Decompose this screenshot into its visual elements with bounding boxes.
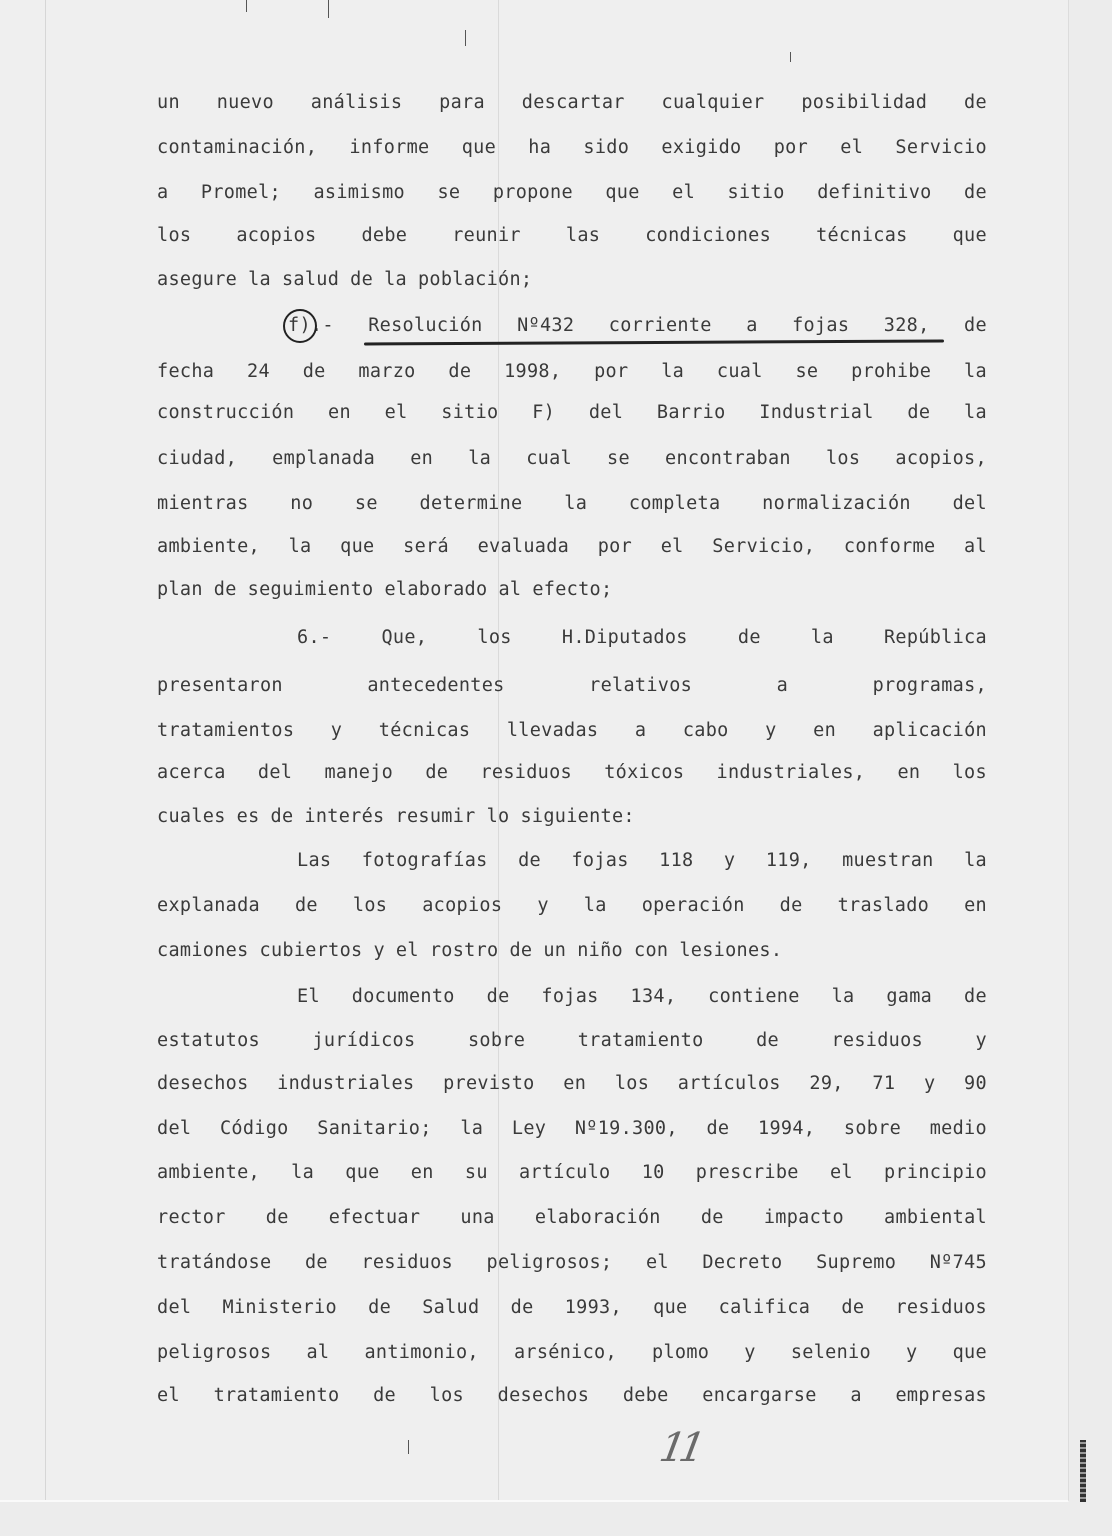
word: interés [304,803,384,831]
word: que [340,533,374,561]
word: exigido [661,134,741,162]
word: plan [157,576,203,604]
word: califica [719,1294,811,1322]
word: de [511,1294,534,1322]
word: los [826,445,860,473]
text-line: unnuevoanálisisparadescartarcualquierpos… [157,89,987,117]
handwritten-underline-annotation [364,339,944,345]
word: su [465,1159,488,1187]
word: cualquier [662,89,765,117]
word: determine [420,490,523,518]
word: conforme [844,533,936,561]
word: llevadas [507,717,599,745]
word: 119, [766,847,812,875]
word: 328, [884,312,930,340]
word: reunir [452,222,521,250]
word: sitio [441,399,498,427]
word: artículos [678,1070,781,1098]
word: de [295,892,318,920]
word: tratándose [157,1249,271,1277]
word: acopios, [895,445,987,473]
word: antecedentes [367,672,504,700]
word: contiene [708,983,800,1011]
word: asimismo [313,179,405,207]
word: República [884,624,987,652]
word: ha [528,134,551,162]
word: encontraban [665,445,791,473]
word: propone [493,179,573,207]
word: población; [418,266,532,294]
word: sitio [728,179,785,207]
word: y [724,847,735,875]
word: fojas [571,847,628,875]
scan-fold-line [45,0,46,1500]
word: la [291,1159,314,1187]
word: en [964,892,987,920]
word: la [811,624,834,652]
text-line: ambiente,laqueseráevaluadaporelServicio,… [157,533,987,561]
word: 71 [872,1070,895,1098]
word: debe [361,222,407,250]
word: y [744,1339,755,1367]
word: la [248,266,271,294]
word: que [345,1159,379,1187]
text-line: estatutosjurídicossobretratamientoderesi… [157,1027,987,1055]
word: un [543,937,566,965]
word: impacto [764,1204,844,1232]
word: a [157,179,168,207]
word: operación [642,892,745,920]
word: peligrosos [157,1339,271,1367]
scan-speck [328,0,329,18]
word: Nº432 [517,312,574,340]
word: 90 [964,1070,987,1098]
word: análisis [311,89,403,117]
word: del [157,1115,191,1143]
word: y [906,1339,917,1367]
word: fojas [541,983,598,1011]
word: siguiente: [520,803,634,831]
word: presentaron [157,672,283,700]
word: programas, [873,672,987,700]
word: la [964,847,987,875]
word: las [566,222,600,250]
word: por [774,134,808,162]
word: Código [220,1115,289,1143]
word: emplanada [272,445,375,473]
text-line: construcciónenelsitioF)delBarrioIndustri… [157,399,987,427]
word: no [290,490,313,518]
text-line: desechosindustrialesprevistoenlosartícul… [157,1070,987,1098]
word: arsénico, [514,1339,617,1367]
word: 1998, [504,358,561,386]
word: residuos [831,1027,923,1055]
word: de [214,576,237,604]
word: Nº745 [930,1249,987,1277]
word: y [924,1070,935,1098]
word: en [897,759,920,787]
word: Salud [422,1294,479,1322]
word: que [605,179,639,207]
word: acopios [422,892,502,920]
word: desechos [498,1382,590,1410]
word: la [832,983,855,1011]
word: acopios [236,222,316,250]
word: Que, [381,624,427,652]
word: la [289,533,312,561]
word: efecto; [532,576,612,604]
text-line: losacopiosdebereunirlascondicionestécnic… [157,222,987,250]
text-line: tratamientosytécnicasllevadasacaboyenapl… [157,717,987,745]
word: efectuar [329,1204,421,1232]
word: Sanitario; [317,1115,431,1143]
word: sobre [844,1115,901,1143]
word: de [425,759,448,787]
word: y [537,892,548,920]
text-line: contaminación,informequehasidoexigidopor… [157,134,987,162]
word: por [594,358,628,386]
word: del [589,399,623,427]
word: al [964,533,987,561]
word: H.Diputados [562,624,688,652]
word: explanada [157,892,260,920]
word: El [297,983,320,1011]
word: de [448,358,471,386]
word: evaluada [478,533,570,561]
text-line: fecha24demarzode1998,porlacualseprohibel… [157,358,987,386]
word: 1993, [565,1294,622,1322]
word: los [953,759,987,787]
word: 134, [631,983,677,1011]
word: 1994, [758,1115,815,1143]
word: residuos [895,1294,987,1322]
word: Industrial [759,399,873,427]
word: documento [352,983,455,1011]
word: resumir [396,803,476,831]
word: marzo [358,358,415,386]
text-line: eltratamientodelosdesechosdebeencargarse… [157,1382,987,1410]
word: en [563,1070,586,1098]
word: de [518,847,541,875]
word: industriales [277,1070,414,1098]
word: técnicas [816,222,908,250]
word: ciudad, [157,445,237,473]
word: antimonio, [364,1339,478,1367]
word: la [384,266,407,294]
word: la [460,1115,483,1143]
word: de [841,1294,864,1322]
word: tóxicos [604,759,684,787]
word: del [953,490,987,518]
word: acerca [157,759,226,787]
word: los [430,1382,464,1410]
word: estatutos [157,1027,260,1055]
word: cabo [683,717,729,745]
word: es [237,803,260,831]
text-line: tratándosederesiduospeligrosos;elDecreto… [157,1249,987,1277]
word: desechos [157,1070,249,1098]
word: de [738,624,761,652]
word: que [953,1339,987,1367]
word: de [964,89,987,117]
word: fecha [157,358,214,386]
word: elaboración [535,1204,661,1232]
word: Nº19.300, [575,1115,678,1143]
word: ambiente, [157,533,260,561]
word: residuos [480,759,572,787]
word: sido [583,134,629,162]
handwritten-page-number: 11 [656,1425,703,1471]
word: elaborado [384,576,487,604]
word: a [850,1382,861,1410]
word: de [964,179,987,207]
word: nuevo [217,89,274,117]
word: medio [930,1115,987,1143]
word: manejo [324,759,393,787]
word: Las [297,847,331,875]
word: selenio [791,1339,871,1367]
word: principio [884,1159,987,1187]
word: de [964,312,987,340]
word: prohibe [851,358,931,386]
text-line: plandeseguimientoelaboradoalefecto; [157,576,987,604]
word: el [646,1249,669,1277]
word: y [976,1027,987,1055]
word: para [439,89,485,117]
word: 24 [247,358,270,386]
text-line: delMinisteriodeSaludde1993,quecalificade… [157,1294,987,1322]
word: el [830,1159,853,1187]
word: se [355,490,378,518]
word: previsto [443,1070,535,1098]
word: de [303,358,326,386]
word: de [780,892,803,920]
word: la [564,490,587,518]
word: fojas [792,312,849,340]
word: que [653,1294,687,1322]
word: en [411,1159,434,1187]
word: aplicación [873,717,987,745]
scan-speck [246,0,247,12]
word: mientras [157,490,249,518]
word: encargarse [702,1382,816,1410]
scan-speck [408,1440,409,1454]
word: la [584,892,607,920]
text-line: peligrososalantimonio,arsénico,plomoysel… [157,1339,987,1367]
word: empresas [895,1382,987,1410]
word: los [353,892,387,920]
word: de [509,937,532,965]
word: en [813,717,836,745]
word: artículo [519,1159,611,1187]
text-line: asegurelasaluddelapoblación; [157,266,987,294]
word: el [661,533,684,561]
word: Servicio, [712,533,815,561]
word: lo [487,803,510,831]
word: industriales, [717,759,866,787]
word: la [468,445,491,473]
word: rostro [430,937,499,965]
word: lesiones. [679,937,782,965]
word: posibilidad [801,89,927,117]
word: que [953,222,987,250]
text-line: ambiente,laqueensuartículo10prescribeelp… [157,1159,987,1187]
word: cual [717,358,763,386]
word: a [777,672,788,700]
word: de [271,803,294,831]
word: completa [629,490,721,518]
word: la [661,358,684,386]
word: informe [349,134,429,162]
word: del [157,1294,191,1322]
scan-edge-artifact [1080,1440,1086,1502]
word: se [437,179,460,207]
word: el [385,399,408,427]
word: de [350,266,373,294]
scan-speck [790,52,791,62]
word: traslado [838,892,930,920]
text-line: acercadelmanejoderesiduostóxicosindustri… [157,759,987,787]
word: de [266,1204,289,1232]
word: se [607,445,630,473]
word: la [964,399,987,427]
word: Servicio [895,134,987,162]
word: normalización [762,490,911,518]
word: jurídicos [312,1027,415,1055]
text-line: rectordeefectuarunaelaboracióndeimpactoa… [157,1204,987,1232]
word: ambiental [884,1204,987,1232]
word: 10 [642,1159,665,1187]
text-line: explanadadelosacopiosylaoperacióndetrasl… [157,892,987,920]
document-page: unnuevoanálisisparadescartarcualquierpos… [0,0,1069,1502]
word: de [964,983,987,1011]
word: cuales [157,803,226,831]
word: de [487,983,510,1011]
word: Barrio [657,399,726,427]
word: de [907,399,930,427]
word: Supremo [816,1249,896,1277]
word: el [157,1382,180,1410]
word: Ley [512,1115,546,1143]
word: al [498,576,521,604]
word: una [460,1204,494,1232]
word: Resolución [368,312,482,340]
word: fotografías [362,847,488,875]
word: corriente [609,312,712,340]
word: contaminación, [157,134,317,162]
word: el [672,179,695,207]
word: definitivo [817,179,931,207]
word: cubiertos [260,937,363,965]
text-line: mientrasnosedeterminelacompletanormaliza… [157,490,987,518]
word: tratamiento [214,1382,340,1410]
word: asegure [157,266,237,294]
text-line: Lasfotografíasdefojas118y119,muestranla [297,847,987,875]
word: se [795,358,818,386]
word: de [706,1115,729,1143]
scan-speck [465,30,466,46]
word: 29, [809,1070,843,1098]
word: de [756,1027,779,1055]
word: Promel; [201,179,281,207]
word: camiones [157,937,249,965]
word: peligrosos; [487,1249,613,1277]
word: Ministerio [223,1294,337,1322]
word: seguimiento [248,576,374,604]
word: de [368,1294,391,1322]
word: el [396,937,419,965]
word: y [331,717,342,745]
word: ambiente, [157,1159,260,1187]
word: relativos [589,672,692,700]
word: con [634,937,668,965]
word: plomo [652,1339,709,1367]
word: los [477,624,511,652]
text-line: cualesesdeinterésresumirlosiguiente: [157,803,987,831]
word: los [615,1070,649,1098]
word: prescribe [696,1159,799,1187]
word: que [462,134,496,162]
word: de [373,1382,396,1410]
word: a [635,717,646,745]
word: el [840,134,863,162]
word: en [410,445,433,473]
text-line: f).-ResoluciónNº432corrienteafojas328,de [288,312,987,340]
word: construcción [157,399,294,427]
word: de [701,1204,724,1232]
word: 6.- [297,624,331,652]
word: y [765,717,776,745]
word: de [305,1249,328,1277]
word: en [328,399,351,427]
text-line: camionescubiertosyelrostrodeunniñoconles… [157,937,987,965]
word: 118 [659,847,693,875]
text-line: ciudad,emplanadaenlacualseencontrabanlos… [157,445,987,473]
word: técnicas [379,717,471,745]
word: a [746,312,757,340]
word: muestran [842,847,934,875]
word: descartar [522,89,625,117]
word: del [258,759,292,787]
text-line: aPromel;asimismoseproponequeelsitiodefin… [157,179,987,207]
text-line: Eldocumentodefojas134,contienelagamade [297,983,987,1011]
word: niño [577,937,623,965]
word: tratamiento [578,1027,704,1055]
word: residuos [361,1249,453,1277]
word: cual [526,445,572,473]
word: un [157,89,180,117]
word: gama [886,983,932,1011]
text-line: 6.-Que,losH.DiputadosdelaRepública [297,624,987,652]
handwritten-circle-annotation [283,309,317,343]
text-line: presentaronantecedentesrelativosaprogram… [157,672,987,700]
word: por [598,533,632,561]
word: debe [623,1382,669,1410]
word: condiciones [645,222,771,250]
text-line: delCódigoSanitario;laLeyNº19.300,de1994,… [157,1115,987,1143]
word: sobre [468,1027,525,1055]
word: al [306,1339,329,1367]
word: tratamientos [157,717,294,745]
word: los [157,222,191,250]
word: salud [282,266,339,294]
word: F) [532,399,555,427]
word: será [403,533,449,561]
word: y [373,937,384,965]
word: Decreto [702,1249,782,1277]
word: rector [157,1204,226,1232]
word: la [964,358,987,386]
